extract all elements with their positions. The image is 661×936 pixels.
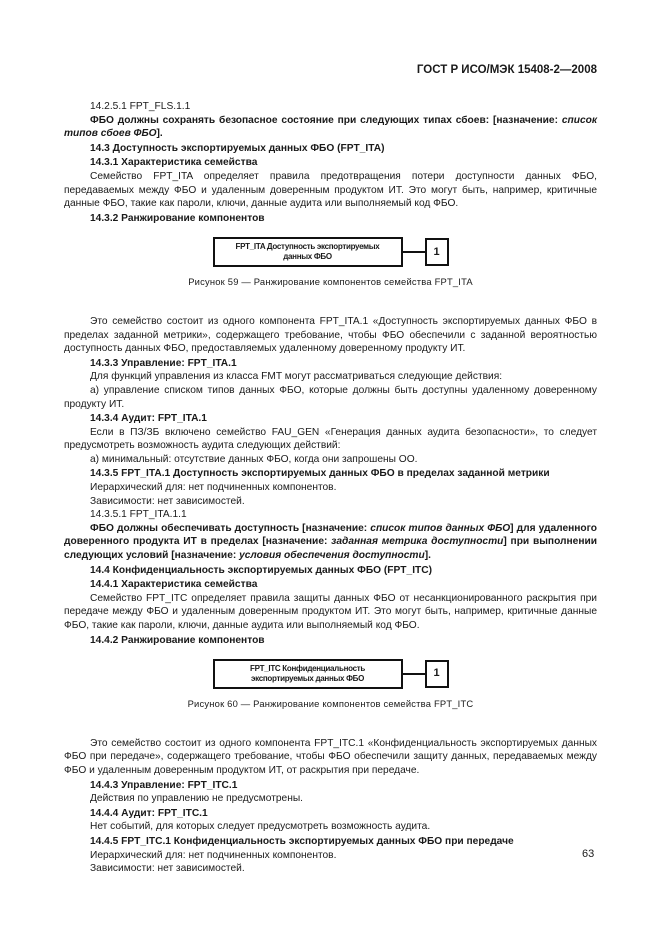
figure-59-connector [403,251,425,253]
figure-59-component-box: FPT_ITA Доступность экспортируемых данны… [213,237,403,267]
heading-14-4-5: 14.4.5 FPT_ITC.1 Конфиденциальность эксп… [64,835,597,849]
heading-14-4-3: 14.4.3 Управление: FPT_ITC.1 [64,779,597,793]
heading-14-4-4: 14.4.4 Аудит: FPT_ITC.1 [64,807,597,821]
heading-14-4-1: 14.4.1 Характеристика семейства [64,578,597,592]
clause-14-2-5-1: 14.2.5.1 FPT_FLS.1.1 [64,100,597,114]
figure-59: FPT_ITA Доступность экспортируемых данны… [64,237,597,267]
requirement-ita: ФБО должны обеспечивать доступность [наз… [64,522,597,563]
page-number: 63 [582,848,594,862]
paragraph-itc-description: Это семейство состоит из одного компонен… [64,737,597,778]
page-body: 14.2.5.1 FPT_FLS.1.1 ФБО должны сохранят… [64,100,597,876]
figure-60-level-box: 1 [425,660,449,688]
paragraph-14-4-5b: Зависимости: нет зависимостей. [64,862,597,876]
document-header: ГОСТ Р ИСО/МЭК 15408-2—2008 [417,64,597,78]
paragraph-14-4-1: Семейство FPT_ITC определяет правила защ… [64,592,597,633]
figure-60-component-box: FPT_ITC Конфиденциальность экспортируемы… [213,659,403,689]
paragraph-14-4-3: Действия по управлению не предусмотрены. [64,792,597,806]
figure-60-connector [403,673,425,675]
paragraph-14-4-5a: Иерархический для: нет подчиненных компо… [64,849,597,863]
paragraph-14-3-4b: а) минимальный: отсутствие данных ФБО, к… [64,453,597,467]
paragraph-ita-description: Это семейство состоит из одного компонен… [64,315,597,356]
heading-14-3-3: 14.3.3 Управление: FPT_ITA.1 [64,357,597,371]
figure-60-caption: Рисунок 60 — Ранжирование компонентов се… [64,697,597,711]
figure-59-level-box: 1 [425,238,449,266]
heading-14-3-2: 14.3.2 Ранжирование компонентов [64,212,597,226]
heading-14-4-2: 14.4.2 Ранжирование компонентов [64,634,597,648]
heading-14-3-4: 14.3.4 Аудит: FPT_ITA.1 [64,412,597,426]
heading-14-3: 14.3 Доступность экспортируемых данных Ф… [64,142,597,156]
paragraph-14-3-5a: Иерархический для: нет подчиненных компо… [64,481,597,495]
paragraph-14-4-4: Нет событий, для которых следует предусм… [64,820,597,834]
heading-14-3-5: 14.3.5 FPT_ITA.1 Доступность экспортируе… [64,467,597,481]
paragraph-14-3-3a: Для функций управления из класса FMT мог… [64,370,597,384]
heading-14-3-1: 14.3.1 Характеристика семейства [64,156,597,170]
clause-14-3-5-1: 14.3.5.1 FPT_ITA.1.1 [64,508,597,522]
heading-14-4: 14.4 Конфиденциальность экспортируемых д… [64,564,597,578]
paragraph-14-3-3b: а) управление списком типов данных ФБО, … [64,384,597,411]
paragraph-14-3-5b: Зависимости: нет зависимостей. [64,495,597,509]
paragraph-14-3-4a: Если в ПЗ/ЗБ включено семейство FAU_GEN … [64,426,597,453]
figure-59-caption: Рисунок 59 — Ранжирование компонентов се… [64,275,597,289]
requirement-fls: ФБО должны сохранять безопасное состояни… [64,114,597,141]
paragraph-14-3-1: Семейство FPT_ITA определяет правила пре… [64,170,597,211]
figure-60: FPT_ITC Конфиденциальность экспортируемы… [64,659,597,689]
